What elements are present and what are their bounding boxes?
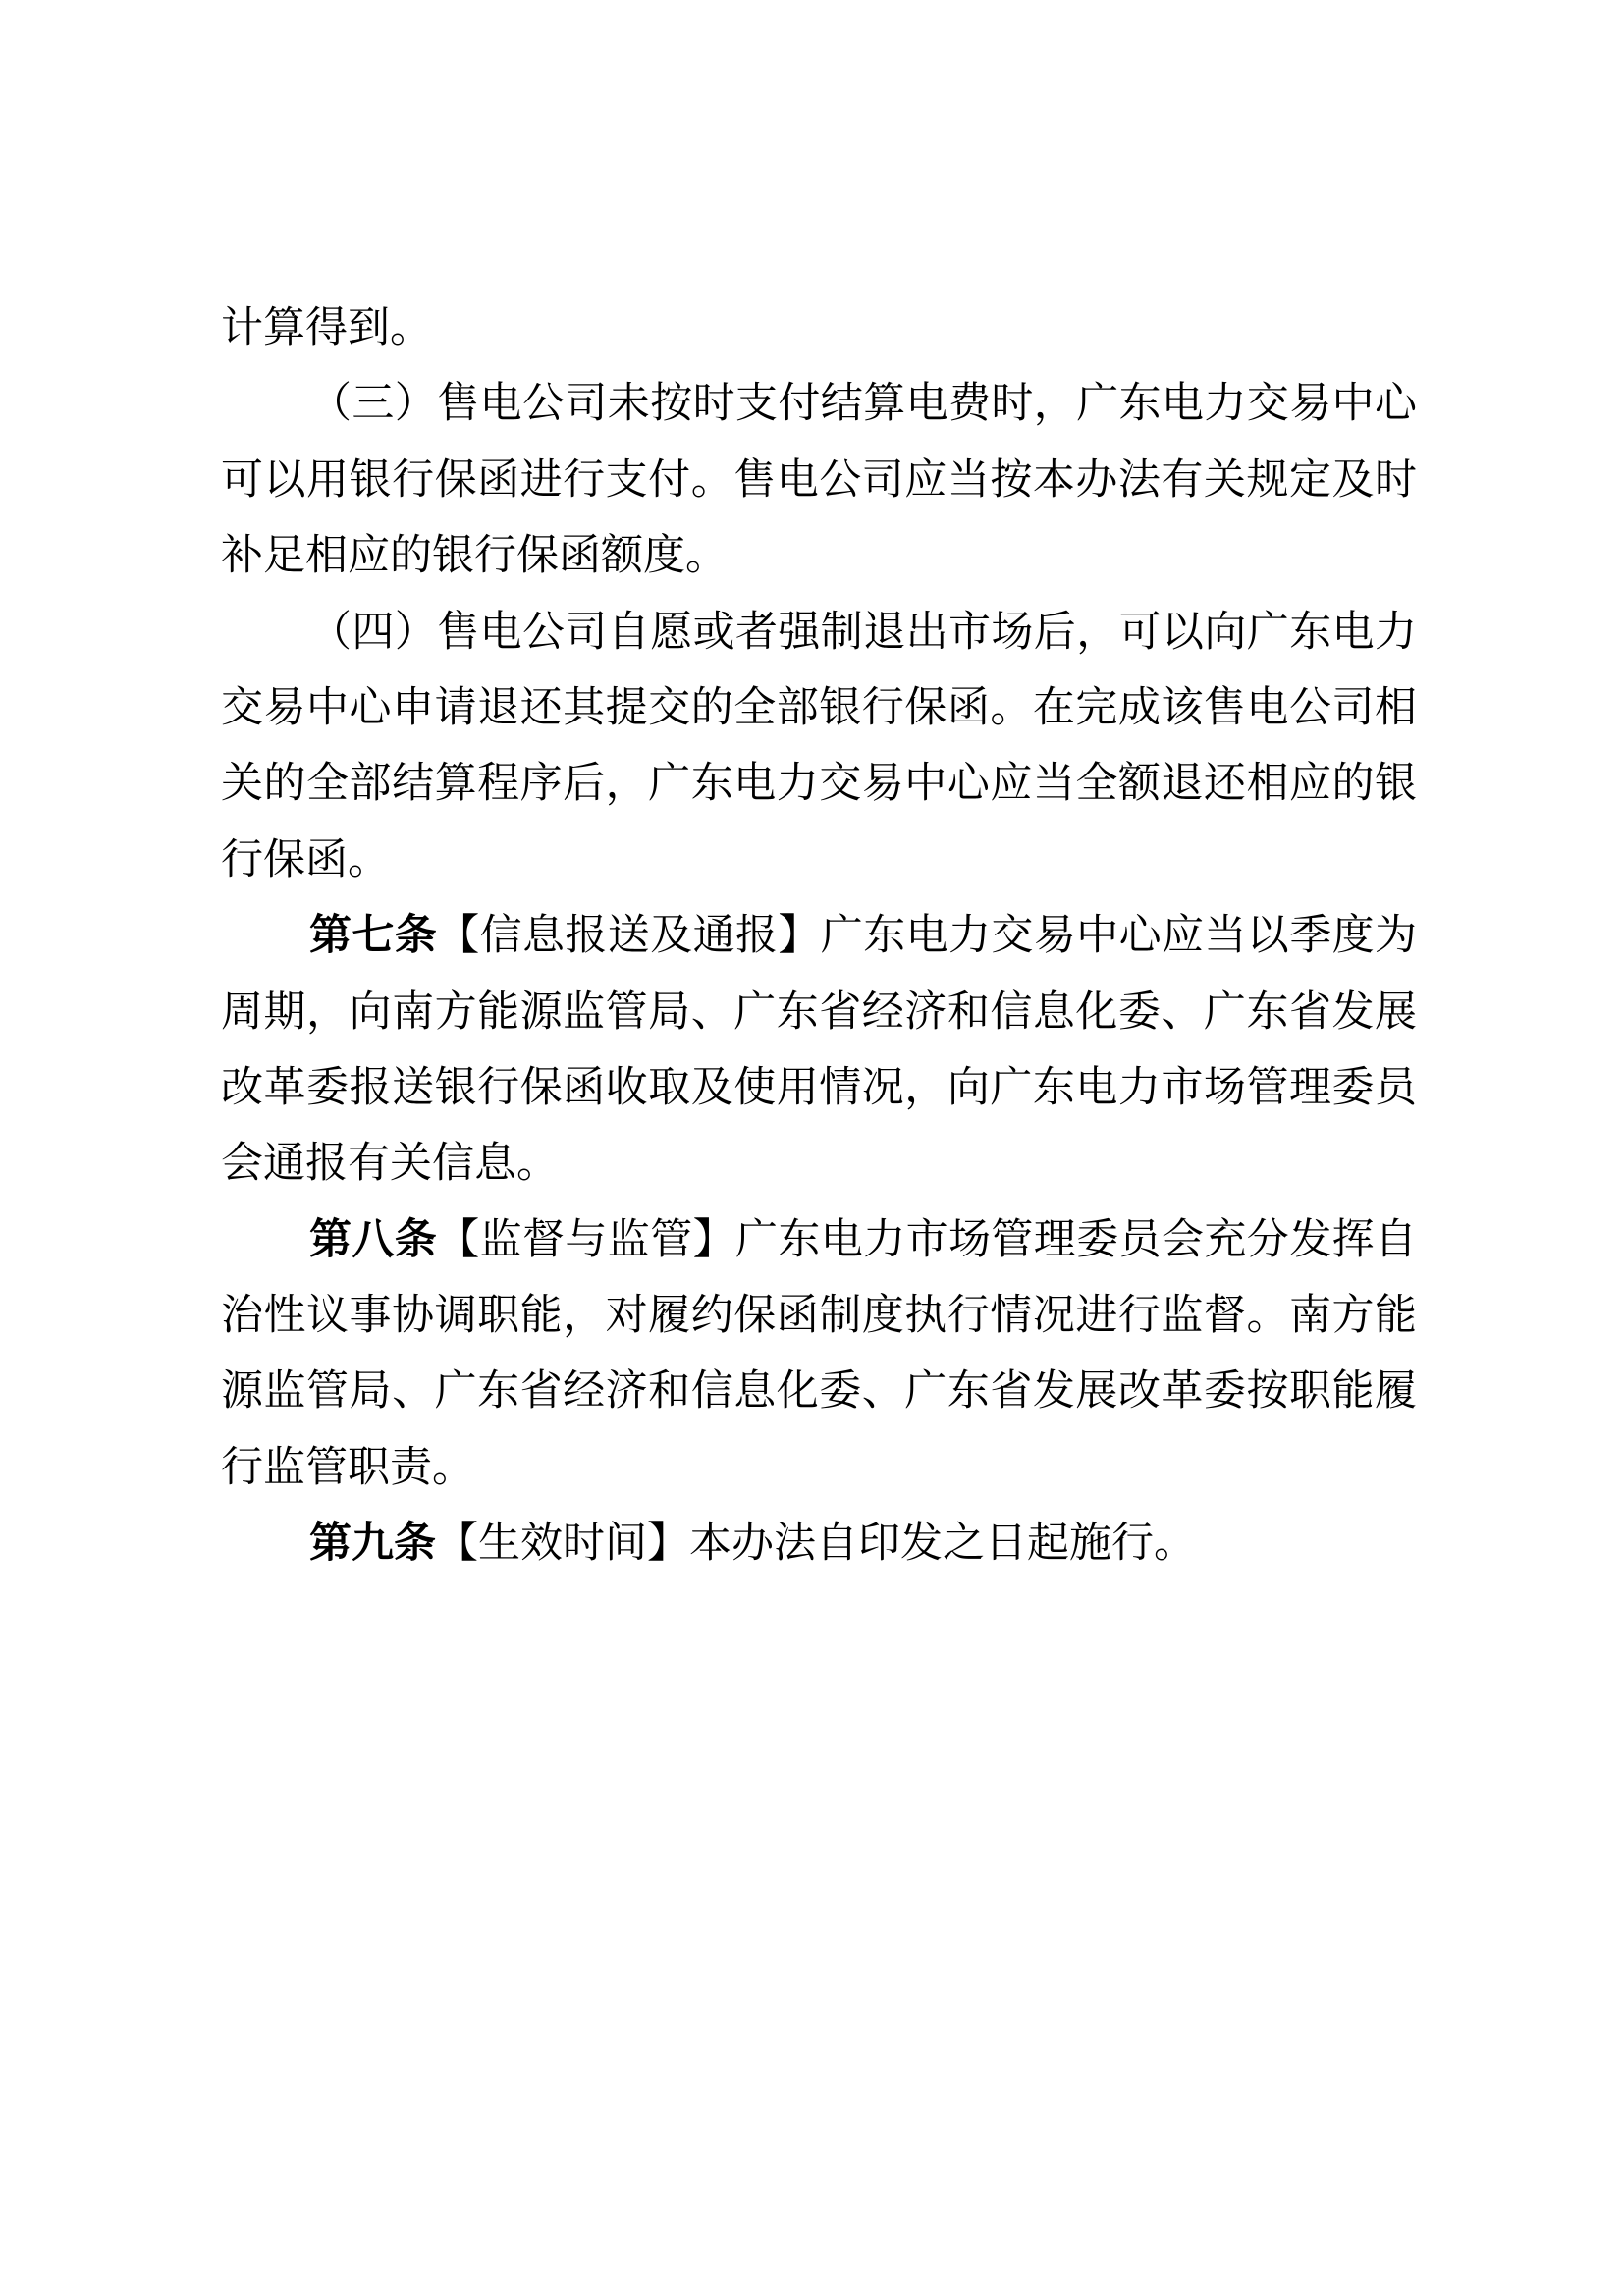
article-number: 第七条: [309, 913, 437, 959]
text-line: 行监管职责。: [221, 1430, 1417, 1506]
text-line: 关的全部结算程序后，广东电力交易中心应当全额退还相应的银: [221, 746, 1417, 822]
text-line: 计算得到。: [221, 291, 1417, 366]
text-line: （四）售电公司自愿或者强制退出市场后，可以向广东电力: [221, 595, 1417, 670]
article-number: 第八条: [309, 1217, 437, 1263]
text-line: 补足相应的银行保函额度。: [221, 518, 1417, 594]
document-body: 计算得到。（三）售电公司未按时支付结算电费时，广东电力交易中心可以用银行保函进行…: [221, 291, 1417, 1582]
text-line: 行保函。: [221, 823, 1417, 898]
text-line: 源监管局、广东省经济和信息化委、广东省发展改革委按职能履: [221, 1354, 1417, 1429]
text-line: 改革委报送银行保函收取及使用情况，向广东电力市场管理委员: [221, 1050, 1417, 1126]
text-line: 可以用银行保函进行支付。售电公司应当按本办法有关规定及时: [221, 443, 1417, 518]
text-line: 第八条【监督与监管】广东电力市场管理委员会充分发挥自: [221, 1202, 1417, 1278]
document-page: 计算得到。（三）售电公司未按时支付结算电费时，广东电力交易中心可以用银行保函进行…: [0, 0, 1624, 2296]
text-line: （三）售电公司未按时支付结算电费时，广东电力交易中心: [221, 366, 1417, 442]
text-line: 周期，向南方能源监管局、广东省经济和信息化委、广东省发展: [221, 975, 1417, 1050]
text-line: 治性议事协调职能，对履约保函制度执行情况进行监督。南方能: [221, 1278, 1417, 1354]
text-line: 会通报有关信息。: [221, 1126, 1417, 1201]
text-line: 交易中心申请退还其提交的全部银行保函。在完成该售电公司相: [221, 670, 1417, 746]
text-line: 第七条【信息报送及通报】广东电力交易中心应当以季度为: [221, 898, 1417, 974]
article-number: 第九条: [309, 1521, 436, 1567]
text-line: 第九条【生效时间】本办法自印发之日起施行。: [221, 1506, 1417, 1581]
